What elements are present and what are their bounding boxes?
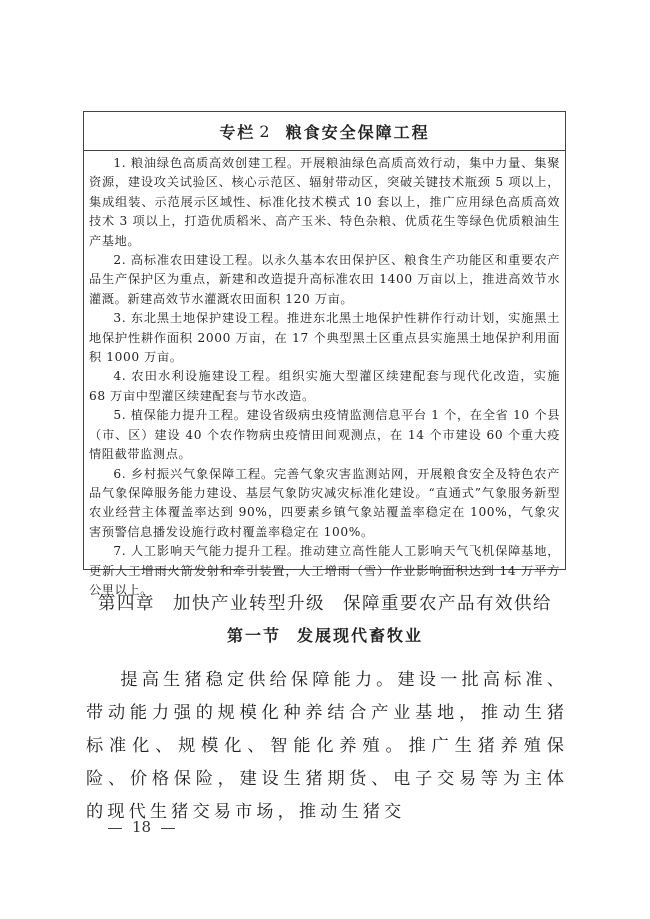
page-number: 18 xyxy=(98,818,185,836)
dash-left xyxy=(108,828,122,829)
box-body: 1. 粮油绿色高质高效创建工程。开展粮油绿色高质高效行动，集中力量、集聚资源，建… xyxy=(84,151,565,600)
section-label: 第一节 xyxy=(227,626,281,645)
box-item-6: 6. 乡村振兴气象保障工程。完善气象灾害监测站网，开展粮食安全及特色农产品气象保… xyxy=(89,465,560,543)
chapter-label: 第四章 xyxy=(98,594,155,614)
box-title-number: 2 xyxy=(259,122,271,141)
box-item-4: 4. 农田水利设施建设工程。组织实施大型灌区续建配套与现代化改造，实施 68 万… xyxy=(89,367,560,406)
chapter-title-part1: 加快产业转型升级 xyxy=(173,594,325,614)
box-item-5: 5. 植保能力提升工程。建设省级病虫疫情监测信息平台 1 个，在全省 10 个县… xyxy=(89,406,560,464)
chapter-heading: 第四章加快产业转型升级保障重要农产品有效供给 xyxy=(0,590,650,615)
chapter-title-part2: 保障重要农产品有效供给 xyxy=(343,594,552,614)
box-title-prefix: 专栏 xyxy=(219,120,255,143)
section-title: 发展现代畜牧业 xyxy=(297,626,423,645)
body-paragraph: 提高生猪稳定供给保障能力。建设一批高标准、带动能力强的规模化种养结合产业基地，推… xyxy=(86,664,568,829)
page-number-text: 18 xyxy=(132,818,151,836)
section-heading: 第一节发展现代畜牧业 xyxy=(0,623,650,646)
box-item-3: 3. 东北黑土地保护建设工程。推进东北黑土地保护性耕作行动计划，实施黑土地保护性… xyxy=(89,309,560,367)
box-title: 专栏 2 粮食安全保障工程 xyxy=(84,112,565,151)
box-item-1: 1. 粮油绿色高质高效创建工程。开展粮油绿色高质高效行动，集中力量、集聚资源，建… xyxy=(89,154,560,251)
dash-right xyxy=(161,828,175,829)
box-item-2: 2. 高标准农田建设工程。以永久基本农田保护区、粮食生产功能区和重要农产品生产保… xyxy=(89,251,560,309)
box-title-text: 粮食安全保障工程 xyxy=(286,120,430,143)
feature-box-food-security: 专栏 2 粮食安全保障工程 1. 粮油绿色高质高效创建工程。开展粮油绿色高质高效… xyxy=(83,111,566,570)
